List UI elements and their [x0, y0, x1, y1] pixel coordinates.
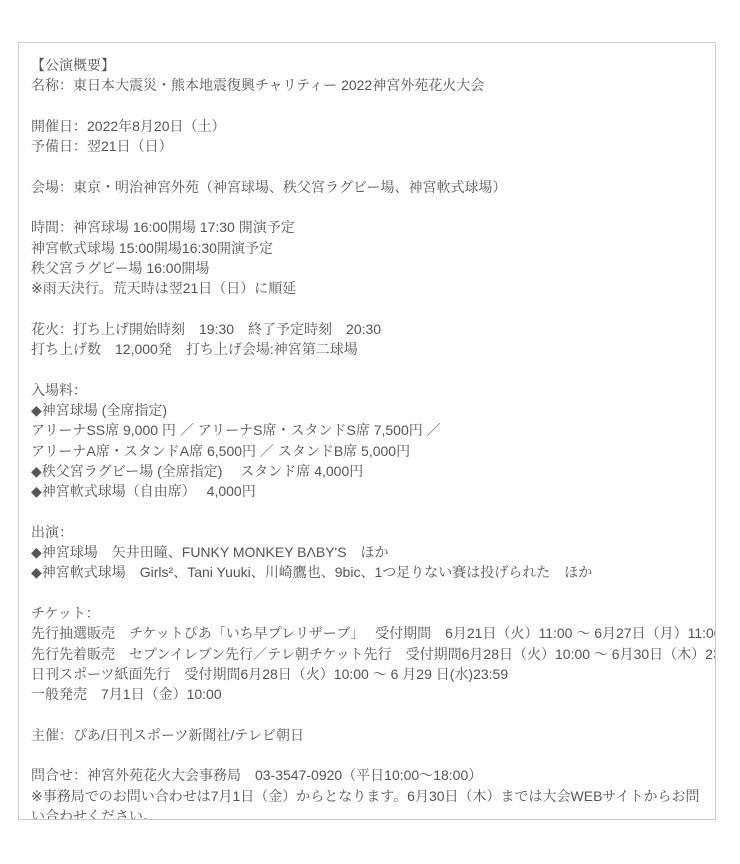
- section-overview: 【公演概要】 名称：東日本大震災・熊本地震復興チャリティー 2022神宮外苑花火…: [31, 55, 703, 96]
- event-overview-document: 【公演概要】 名称：東日本大震災・熊本地震復興チャリティー 2022神宮外苑花火…: [18, 42, 716, 820]
- section-venue: 会場：東京・明治神宮外苑（神宮球場、秩父宮ラグビー場、神宮軟式球場）: [31, 177, 703, 197]
- venue-line: 会場：東京・明治神宮外苑（神宮球場、秩父宮ラグビー場、神宮軟式球場）: [31, 177, 703, 197]
- performers-softball-line: ◆神宮軟式球場 Girls²、Tani Yuuki、川崎鷹也、9bic、1つ足り…: [31, 562, 703, 582]
- tickets-heading: チケット：: [31, 603, 703, 623]
- ticket-general-sale-line: 一般発売 7月1日（金）10:00: [31, 684, 703, 704]
- section-organizer: 主催：ぴあ/日刊スポーツ新聞社/テレビ朝日: [31, 725, 703, 745]
- admission-price-line-1: アリーナSS席 9,000 円 ／ アリーナS席・スタンドS席 7,500円 ／: [31, 420, 703, 440]
- performers-stadium-line: ◆神宮球場 矢井田瞳、FUNKY MONKEY BΛBY'S ほか: [31, 542, 703, 562]
- fireworks-count-line: 打ち上げ数 12,000発 打ち上げ会場:神宮第二球場: [31, 339, 703, 359]
- admission-softball-line: ◆神宮軟式球場（自由席） 4,000円: [31, 481, 703, 501]
- admission-rugby-line: ◆秩父宮ラグビー場 (全席指定) スタンド席 4,000円: [31, 461, 703, 481]
- overview-heading: 【公演概要】: [31, 55, 703, 75]
- backup-date-line: 予備日：翌21日（日）: [31, 136, 703, 156]
- section-tickets: チケット： 先行抽選販売 チケットぴあ「いち早プレリザーブ」 受付期間 6月21…: [31, 603, 703, 704]
- section-admission: 入場料： ◆神宮球場 (全席指定) アリーナSS席 9,000 円 ／ アリーナ…: [31, 380, 703, 502]
- section-contact: 問合せ：神宮外苑花火大会事務局 03-3547-0920（平日10:00～18:…: [31, 765, 703, 820]
- section-fireworks: 花火：打ち上げ開始時刻 19:30 終了予定時刻 20:30 打ち上げ数 12,…: [31, 319, 703, 360]
- time-softball-line: 神宮軟式球場 15:00開場16:30開演予定: [31, 238, 703, 258]
- contact-note-line: ※事務局でのお問い合わせは7月1日（金）からとなります。6月30日（木）までは大…: [31, 786, 703, 820]
- time-rugby-line: 秩父宮ラグビー場 16:00開場: [31, 258, 703, 278]
- ticket-newspaper-line: 日刊スポーツ紙面先行 受付期間6月28日（火）10:00 ～ 6 月29 日(水…: [31, 664, 703, 684]
- fireworks-time-line: 花火：打ち上げ開始時刻 19:30 終了予定時刻 20:30: [31, 319, 703, 339]
- contact-line: 問合せ：神宮外苑花火大会事務局 03-3547-0920（平日10:00～18:…: [31, 765, 703, 785]
- rain-note-line: ※雨天決行。荒天時は翌21日（日）に順延: [31, 278, 703, 298]
- event-date-line: 開催日：2022年8月20日（土）: [31, 116, 703, 136]
- event-name-line: 名称：東日本大震災・熊本地震復興チャリティー 2022神宮外苑花火大会: [31, 75, 703, 95]
- ticket-lottery-line: 先行抽選販売 チケットぴあ「いち早プレリザーブ」 受付期間 6月21日（火）11…: [31, 623, 703, 643]
- organizer-line: 主催：ぴあ/日刊スポーツ新聞社/テレビ朝日: [31, 725, 703, 745]
- admission-price-line-2: アリーナA席・スタンドA席 6,500円 ／ スタンドB席 5,000円: [31, 441, 703, 461]
- section-dates: 開催日：2022年8月20日（土） 予備日：翌21日（日）: [31, 116, 703, 157]
- admission-stadium-line: ◆神宮球場 (全席指定): [31, 400, 703, 420]
- admission-heading: 入場料：: [31, 380, 703, 400]
- ticket-first-come-line: 先行先着販売 セブンイレブン先行／テレ朝チケット先行 受付期間6月28日（火）1…: [31, 644, 703, 664]
- performers-heading: 出演：: [31, 522, 703, 542]
- section-time: 時間：神宮球場 16:00開場 17:30 開演予定 神宮軟式球場 15:00開…: [31, 217, 703, 298]
- section-performers: 出演： ◆神宮球場 矢井田瞳、FUNKY MONKEY BΛBY'S ほか ◆神…: [31, 522, 703, 583]
- time-stadium-line: 時間：神宮球場 16:00開場 17:30 開演予定: [31, 217, 703, 237]
